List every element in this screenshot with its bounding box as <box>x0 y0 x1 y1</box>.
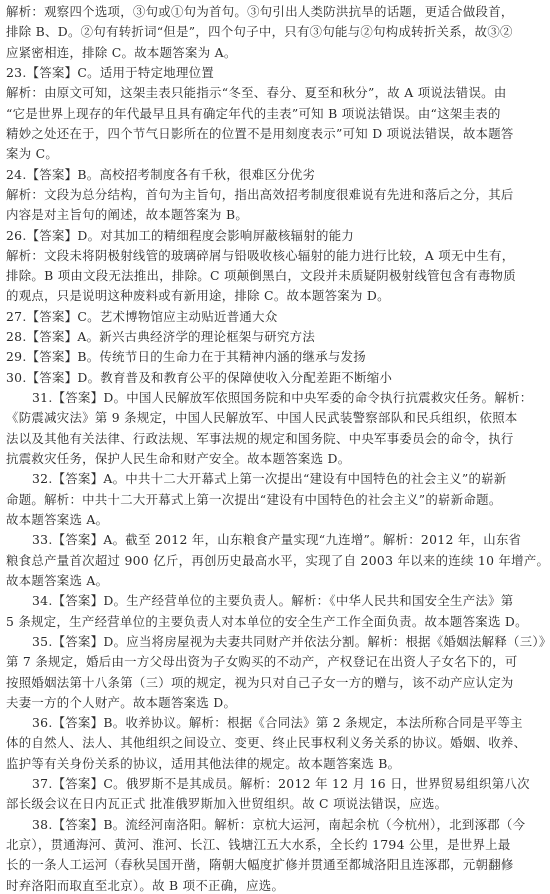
text-line: 抗震救灾任务，保护人民生命和财产安全。故本题答案选 D。 <box>6 449 546 469</box>
answer-line: 30.【答案】D。教育普及和教育公平的保障使收入分配差距不断缩小 <box>6 368 546 388</box>
answer-line: 36.【答案】B。收养协议。解析：根据《合同法》第 2 条规定，本法所称合同是平… <box>32 713 546 733</box>
text-line: 北京），贯通海河、黄河、淮河、长江、钱塘江五大水系，全长约 1794 公里，是世… <box>6 835 546 855</box>
text-line: 解析：文段未将阴极射线管的玻璃碎屑与铅吸收核心辐射的能力进行比较，A 项无中生有… <box>6 246 546 266</box>
text-line: 精妙之处还在于，四个节气日影所在的位置不是用刻度表示”可知 D 项说法错误，故本… <box>6 124 546 144</box>
text-line: 故本题答案选 A。 <box>6 571 546 591</box>
text-line: 应紧密相连，排除 C。故本题答案为 A。 <box>6 43 546 63</box>
text-line: 故本题答案选 A。 <box>6 510 546 530</box>
text-line: 解析：观察四个选项，③句或①句为首句。③句引出人类防洪抗旱的话题，更适合做段首， <box>6 2 546 22</box>
answer-line: 29.【答案】B。传统节日的生命力在于其精神内涵的继承与发扬 <box>6 347 546 367</box>
text-line: 长的一条人工运河（春秋吴国开凿，隋朝大幅度扩修并贯通至都城洛阳且连涿郡，元朝翻修 <box>6 855 546 875</box>
text-line: 解析：文段为总分结构，首句为主旨句，指出高效招考制度很难说有先进和落后之分，其后 <box>6 185 546 205</box>
text-line: 案为 C。 <box>6 144 546 164</box>
text-line: 排除。B 项由文段无法推出，排除。C 项颠倒黑白，文段并未质疑阴极射线管包含有毒… <box>6 266 546 286</box>
answer-line: 23.【答案】C。适用于特定地理位置 <box>6 63 546 83</box>
text-line: 监护等有关身份关系的协议，适用其他法律的规定。故本题答案选 B。 <box>6 754 546 774</box>
text-line: 《防震减灾法》第 9 条规定，中国人民解放军、中国人民武装警察部队和民兵组织，依… <box>6 408 546 428</box>
answer-line: 35.【答案】D。应当将房屋视为夫妻共同财产并依法分割。解析：根据《婚姻法解释（… <box>32 632 546 652</box>
text-line: 体的自然人、法人、其他组织之间设立、变更、终止民事权利义务关系的协议。婚姻、收养… <box>6 733 546 753</box>
text-line: 第 7 条规定，婚后由一方父母出资为子女购买的不动产，产权登记在出资人子女名下的… <box>6 652 546 672</box>
text-line: 粮食总产量首次超过 900 亿斤，再创历史最高水平，实现了自 2003 年以来的… <box>6 551 546 571</box>
text-line: 夫妻一方的个人财产。故本题答案选 D。 <box>6 693 546 713</box>
answer-line: 33.【答案】A。截至 2012 年，山东粮食产量实现“九连增”。解析：2012… <box>32 530 546 550</box>
text-line: 解析：由原文可知，这架圭表只能指示“冬至、春分、夏至和秋分”，故 A 项说法错误… <box>6 83 546 103</box>
answer-line: 38.【答案】B。流经河南洛阳。解析：京杭大运河，南起余杭（今杭州），北到涿郡（… <box>32 815 546 835</box>
text-line: 命题。解析：中共十二大开幕式上第一次提出“建设有中国特色的社会主义”的崭新命题。 <box>6 490 546 510</box>
answer-line: 37.【答案】C。俄罗斯不是其成员。解析：2012 年 12 月 16 日，世界… <box>32 774 546 794</box>
text-line: 内容是对主旨句的阐述，故本题答案为 B。 <box>6 205 546 225</box>
text-line: “它是世界上现存的年代最早且具有确定年代的圭表”可知 B 项说法错误。由“这架圭… <box>6 104 546 124</box>
text-line: 5 条规定，生产经营单位的主要负责人对本单位的安全生产工作全面负责。故本题答案选… <box>6 612 546 632</box>
answer-line: 28.【答案】A。新兴古典经济学的理论框架与研究方法 <box>6 327 546 347</box>
document-page: 解析：观察四个选项，③句或①句为首句。③句引出人类防洪抗旱的话题，更适合做段首，… <box>0 0 550 894</box>
text-line: 时弃洛阳而取直至北京）。故 B 项不正确，应选。 <box>6 876 546 894</box>
answer-line: 32.【答案】A。中共十二大开幕式上第一次提出“建设有中国特色的社会主义”的崭新 <box>32 469 546 489</box>
answer-line: 34.【答案】D。生产经营单位的主要负责人。解析：《中华人民共和国安全生产法》第 <box>32 591 546 611</box>
answer-line: 24.【答案】B。高校招考制度各有千秋，很难区分优劣 <box>6 165 546 185</box>
text-line: 法以及其他有关法律、行政法规、军事法规的规定和国务院、中央军事委员会的命令，执行 <box>6 429 546 449</box>
text-line: 按照婚姻法第十八条第（三）项的规定，视为只对自己子女一方的赠与，该不动产应认定为 <box>6 673 546 693</box>
text-line: 部长级会议在日内瓦正式 批准俄罗斯加入世贸组织。故 C 项说法错误，应选。 <box>6 794 546 814</box>
text-line: 排除 B、D。②句有转折词“但是”，四个句子中，只有③句能与②句构成转折关系，故… <box>6 22 546 42</box>
answer-line: 26.【答案】D。对其加工的精细程度会影响屏蔽核辐射的能力 <box>6 226 546 246</box>
answer-line: 27.【答案】C。艺术博物馆应主动贴近普通大众 <box>6 307 546 327</box>
text-line: 的观点，只是说明这种废料或有新用途，排除 C。故本题答案为 D。 <box>6 286 546 306</box>
answer-line: 31.【答案】D。中国人民解放军依照国务院和中央军委的命令执行抗震救灾任务。解析… <box>32 388 546 408</box>
